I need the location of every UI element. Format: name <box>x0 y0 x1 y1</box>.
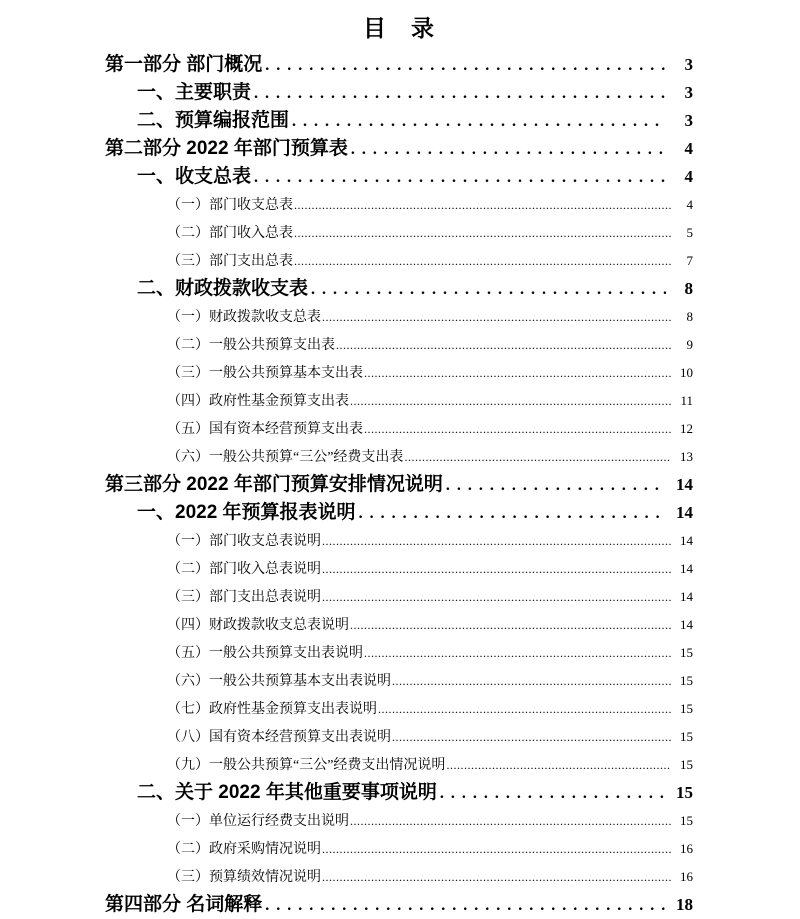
toc-entry-label: （三）预算绩效情况说明 <box>167 864 321 892</box>
toc-entry-page: 11 <box>673 387 693 415</box>
toc-list: 第一部分 部门概况3一、主要职责3二、预算编报范围3第二部分 2022 年部门预… <box>105 51 693 919</box>
toc-entry-label: （六）一般公共预算“三公”经费支出表 <box>167 444 403 472</box>
toc-entry-page: 3 <box>673 79 693 107</box>
toc-entry: （二）部门收入总表5 <box>105 219 693 247</box>
toc-entry: 一、2022 年预算报表说明14 <box>105 499 693 527</box>
toc-entry-page: 9 <box>673 331 693 359</box>
toc-entry-label: 二、预算编报范围 <box>137 107 289 135</box>
toc-entry-label: （三）部门支出总表说明 <box>167 584 321 612</box>
toc-entry: （五）一般公共预算支出表说明15 <box>105 639 693 667</box>
toc-entry-page: 8 <box>673 275 693 303</box>
toc-entry-page: 14 <box>673 555 693 583</box>
toc-entry-label: （五）一般公共预算支出表说明 <box>167 640 363 668</box>
toc-entry: （二）政府采购情况说明16 <box>105 835 693 863</box>
toc-entry: （二）一般公共预算支出表9 <box>105 331 693 359</box>
toc-entry-label: （二）政府采购情况说明 <box>167 836 321 864</box>
dot-leader <box>321 863 671 892</box>
toc-entry-page: 14 <box>673 611 693 639</box>
toc-entry-page: 13 <box>673 443 693 471</box>
toc-entry-page: 15 <box>673 779 693 807</box>
toc-entry-label: （二）部门收入总表说明 <box>167 556 321 584</box>
dot-leader <box>262 891 666 919</box>
toc-entry-page: 4 <box>673 163 693 191</box>
toc-entry-page: 4 <box>673 135 693 163</box>
toc-entry-label: （三）一般公共预算基本支出表 <box>167 360 363 388</box>
toc-entry: 第四部分 名词解释18 <box>105 891 693 919</box>
toc-entry-label: （一）单位运行经费支出说明 <box>167 808 349 836</box>
dot-leader <box>321 303 671 332</box>
toc-entry-page: 14 <box>673 583 693 611</box>
dot-leader <box>293 219 671 248</box>
toc-entry-page: 5 <box>673 219 693 247</box>
toc-entry-page: 18 <box>673 891 693 919</box>
toc-entry: （三）部门支出总表7 <box>105 247 693 275</box>
toc-entry-page: 4 <box>673 191 693 219</box>
toc-entry: 一、主要职责3 <box>105 79 693 107</box>
toc-entry: 第一部分 部门概况3 <box>105 51 693 79</box>
toc-entry-label: （六）一般公共预算基本支出表说明 <box>167 668 391 696</box>
dot-leader <box>437 779 666 808</box>
toc-entry-label: （八）国有资本经营预算支出表说明 <box>167 724 391 752</box>
dot-leader <box>349 387 671 416</box>
toc-entry-page: 15 <box>673 639 693 667</box>
dot-leader <box>321 555 671 584</box>
toc-entry-page: 8 <box>673 303 693 331</box>
toc-entry: 二、预算编报范围3 <box>105 107 693 135</box>
dot-leader <box>363 639 671 668</box>
toc-entry-page: 15 <box>673 751 693 779</box>
dot-leader <box>349 807 671 836</box>
toc-entry-label: （四）财政拨款收支总表说明 <box>167 612 349 640</box>
toc-entry-page: 14 <box>673 471 693 499</box>
toc-entry-page: 15 <box>673 667 693 695</box>
toc-entry: 一、收支总表4 <box>105 163 693 191</box>
toc-entry: （七）政府性基金预算支出表说明15 <box>105 695 693 723</box>
toc-entry-label: （一）部门收支总表说明 <box>167 528 321 556</box>
toc-entry: （三）一般公共预算基本支出表10 <box>105 359 693 387</box>
toc-entry: （三）部门支出总表说明14 <box>105 583 693 611</box>
dot-leader <box>335 331 671 360</box>
page-title: 目 录 <box>105 12 693 44</box>
toc-entry-label: 第一部分 部门概况 <box>105 51 262 79</box>
toc-entry-page: 15 <box>673 807 693 835</box>
toc-entry-page: 14 <box>673 499 693 527</box>
toc-entry: （一）部门收支总表说明14 <box>105 527 693 555</box>
toc-entry: （一）部门收支总表4 <box>105 191 693 219</box>
document-page: 目 录 第一部分 部门概况3一、主要职责3二、预算编报范围3第二部分 2022 … <box>0 0 800 919</box>
toc-entry: （六）一般公共预算基本支出表说明15 <box>105 667 693 695</box>
toc-entry: （二）部门收入总表说明14 <box>105 555 693 583</box>
toc-entry: （三）预算绩效情况说明16 <box>105 863 693 891</box>
dot-leader <box>321 527 671 556</box>
dot-leader <box>403 443 671 472</box>
dot-leader <box>262 51 666 80</box>
toc-entry: （一）单位运行经费支出说明15 <box>105 807 693 835</box>
toc-entry-label: 二、关于 2022 年其他重要事项说明 <box>137 779 437 807</box>
dot-leader <box>321 583 671 612</box>
dot-leader <box>348 135 666 164</box>
toc-entry: （五）国有资本经营预算支出表12 <box>105 415 693 443</box>
toc-entry-label: 第二部分 2022 年部门预算表 <box>105 135 348 163</box>
dot-leader <box>363 415 671 444</box>
dot-leader <box>251 79 666 108</box>
toc-entry-label: 一、2022 年预算报表说明 <box>137 499 356 527</box>
toc-entry-label: （三）部门支出总表 <box>167 248 293 276</box>
dot-leader <box>308 275 666 304</box>
toc-entry-label: 第四部分 名词解释 <box>105 891 262 919</box>
toc-entry-page: 3 <box>673 51 693 79</box>
dot-leader <box>363 359 671 388</box>
toc-entry-page: 10 <box>673 359 693 387</box>
toc-entry: 二、关于 2022 年其他重要事项说明15 <box>105 779 693 807</box>
toc-entry-page: 16 <box>673 863 693 891</box>
dot-leader <box>293 247 671 276</box>
dot-leader <box>321 835 671 864</box>
toc-entry-label: 第三部分 2022 年部门预算安排情况说明 <box>105 471 443 499</box>
toc-entry-label: （二）一般公共预算支出表 <box>167 332 335 360</box>
toc-entry-page: 14 <box>673 527 693 555</box>
dot-leader <box>251 163 666 192</box>
toc-entry-label: 一、收支总表 <box>137 163 251 191</box>
toc-entry-label: （七）政府性基金预算支出表说明 <box>167 696 377 724</box>
toc-entry-label: 一、主要职责 <box>137 79 251 107</box>
toc-entry-page: 3 <box>673 107 693 135</box>
toc-entry: （四）财政拨款收支总表说明14 <box>105 611 693 639</box>
toc-entry-label: （五）国有资本经营预算支出表 <box>167 416 363 444</box>
toc-entry-page: 7 <box>673 247 693 275</box>
toc-entry: （六）一般公共预算“三公”经费支出表13 <box>105 443 693 471</box>
dot-leader <box>391 723 671 752</box>
toc-entry: 第二部分 2022 年部门预算表4 <box>105 135 693 163</box>
toc-entry: （九）一般公共预算“三公”经费支出情况说明15 <box>105 751 693 779</box>
dot-leader <box>391 667 671 696</box>
toc-entry-label: 二、财政拨款收支表 <box>137 275 308 303</box>
dot-leader <box>293 191 671 220</box>
toc-entry: （八）国有资本经营预算支出表说明15 <box>105 723 693 751</box>
toc-entry: 二、财政拨款收支表8 <box>105 275 693 303</box>
dot-leader <box>349 611 671 640</box>
toc-entry: （四）政府性基金预算支出表11 <box>105 387 693 415</box>
toc-entry: 第三部分 2022 年部门预算安排情况说明14 <box>105 471 693 499</box>
toc-entry-page: 15 <box>673 723 693 751</box>
toc-entry-page: 15 <box>673 695 693 723</box>
dot-leader <box>445 751 671 780</box>
dot-leader <box>289 107 666 136</box>
toc-entry-page: 12 <box>673 415 693 443</box>
dot-leader <box>443 471 666 500</box>
toc-entry-label: （四）政府性基金预算支出表 <box>167 388 349 416</box>
toc-entry-label: （二）部门收入总表 <box>167 220 293 248</box>
dot-leader <box>377 695 671 724</box>
toc-entry-page: 16 <box>673 835 693 863</box>
toc-entry-label: （一）财政拨款收支总表 <box>167 304 321 332</box>
toc-entry: （一）财政拨款收支总表8 <box>105 303 693 331</box>
toc-entry-label: （一）部门收支总表 <box>167 192 293 220</box>
toc-entry-label: （九）一般公共预算“三公”经费支出情况说明 <box>167 752 445 780</box>
dot-leader <box>356 499 666 528</box>
